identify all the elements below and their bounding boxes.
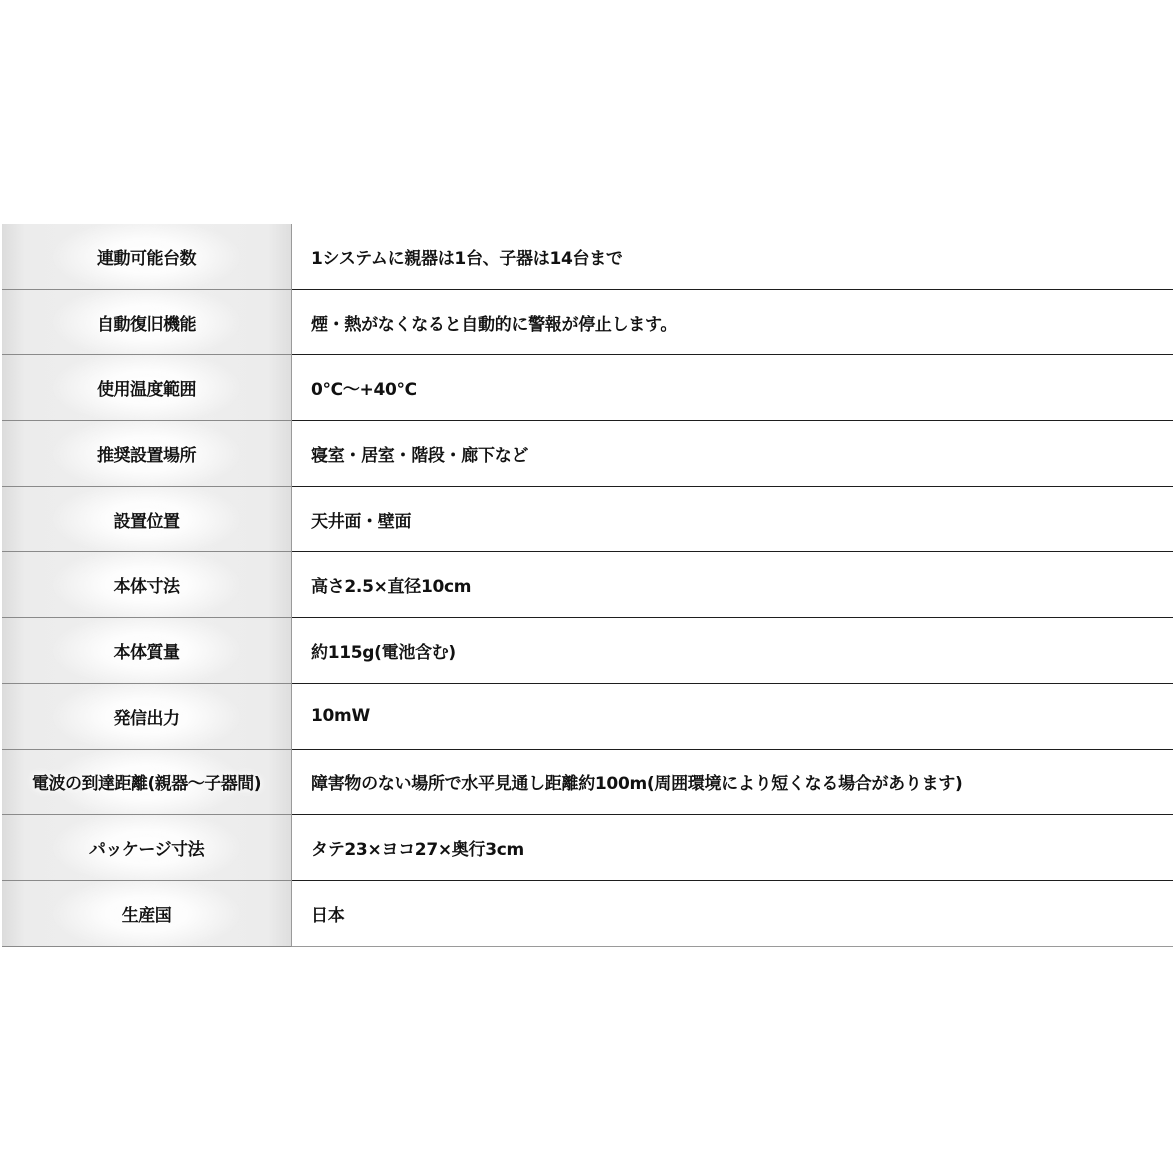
spec-row-transmit-power: 発信出力 10mW <box>2 684 1173 750</box>
spec-table: 連動可能台数 1システムに親器は1台、子器は14台まで 自動復旧機能 煙・熱がな… <box>2 224 1173 947</box>
spec-value: 寝室・居室・階段・廊下など <box>292 421 1173 487</box>
spec-row-recommended-location: 推奨設置場所 寝室・居室・階段・廊下など <box>2 421 1173 487</box>
spec-value: 天井面・壁面 <box>292 487 1173 553</box>
spec-row-body-dimensions: 本体寸法 高さ2.5×直径10cm <box>2 552 1173 618</box>
spec-row-linked-units: 連動可能台数 1システムに親器は1台、子器は14台まで <box>2 224 1173 290</box>
spec-label: 本体寸法 <box>2 552 292 618</box>
spec-row-body-weight: 本体質量 約115g(電池含む) <box>2 618 1173 684</box>
spec-row-mounting-position: 設置位置 天井面・壁面 <box>2 487 1173 553</box>
spec-label: 設置位置 <box>2 487 292 553</box>
spec-row-country-of-origin: 生産国 日本 <box>2 881 1173 947</box>
spec-label: 発信出力 <box>2 684 292 750</box>
spec-label: 自動復旧機能 <box>2 290 292 356</box>
spec-value: 0℃～+40℃ <box>292 355 1173 421</box>
spec-value: 障害物のない場所で水平見通し距離約100m(周囲環境により短くなる場合があります… <box>292 750 1173 816</box>
spec-value: 煙・熱がなくなると自動的に警報が停止します。 <box>292 290 1173 356</box>
spec-value: 日本 <box>292 881 1173 947</box>
spec-value: 10mW <box>292 684 1173 750</box>
spec-row-auto-reset: 自動復旧機能 煙・熱がなくなると自動的に警報が停止します。 <box>2 290 1173 356</box>
spec-label: 本体質量 <box>2 618 292 684</box>
spec-label: 電波の到達距離(親器～子器間) <box>2 750 292 816</box>
spec-row-operating-temperature: 使用温度範囲 0℃～+40℃ <box>2 355 1173 421</box>
spec-row-radio-range: 電波の到達距離(親器～子器間) 障害物のない場所で水平見通し距離約100m(周囲… <box>2 750 1173 816</box>
spec-label: 使用温度範囲 <box>2 355 292 421</box>
spec-row-package-dimensions: パッケージ寸法 タテ23×ヨコ27×奥行3cm <box>2 815 1173 881</box>
spec-label: 連動可能台数 <box>2 224 292 290</box>
spec-value: 高さ2.5×直径10cm <box>292 552 1173 618</box>
spec-label: 推奨設置場所 <box>2 421 292 487</box>
spec-label: パッケージ寸法 <box>2 815 292 881</box>
spec-value: 約115g(電池含む) <box>292 618 1173 684</box>
spec-label: 生産国 <box>2 881 292 947</box>
spec-value: タテ23×ヨコ27×奥行3cm <box>292 815 1173 881</box>
spec-value: 1システムに親器は1台、子器は14台まで <box>292 224 1173 290</box>
